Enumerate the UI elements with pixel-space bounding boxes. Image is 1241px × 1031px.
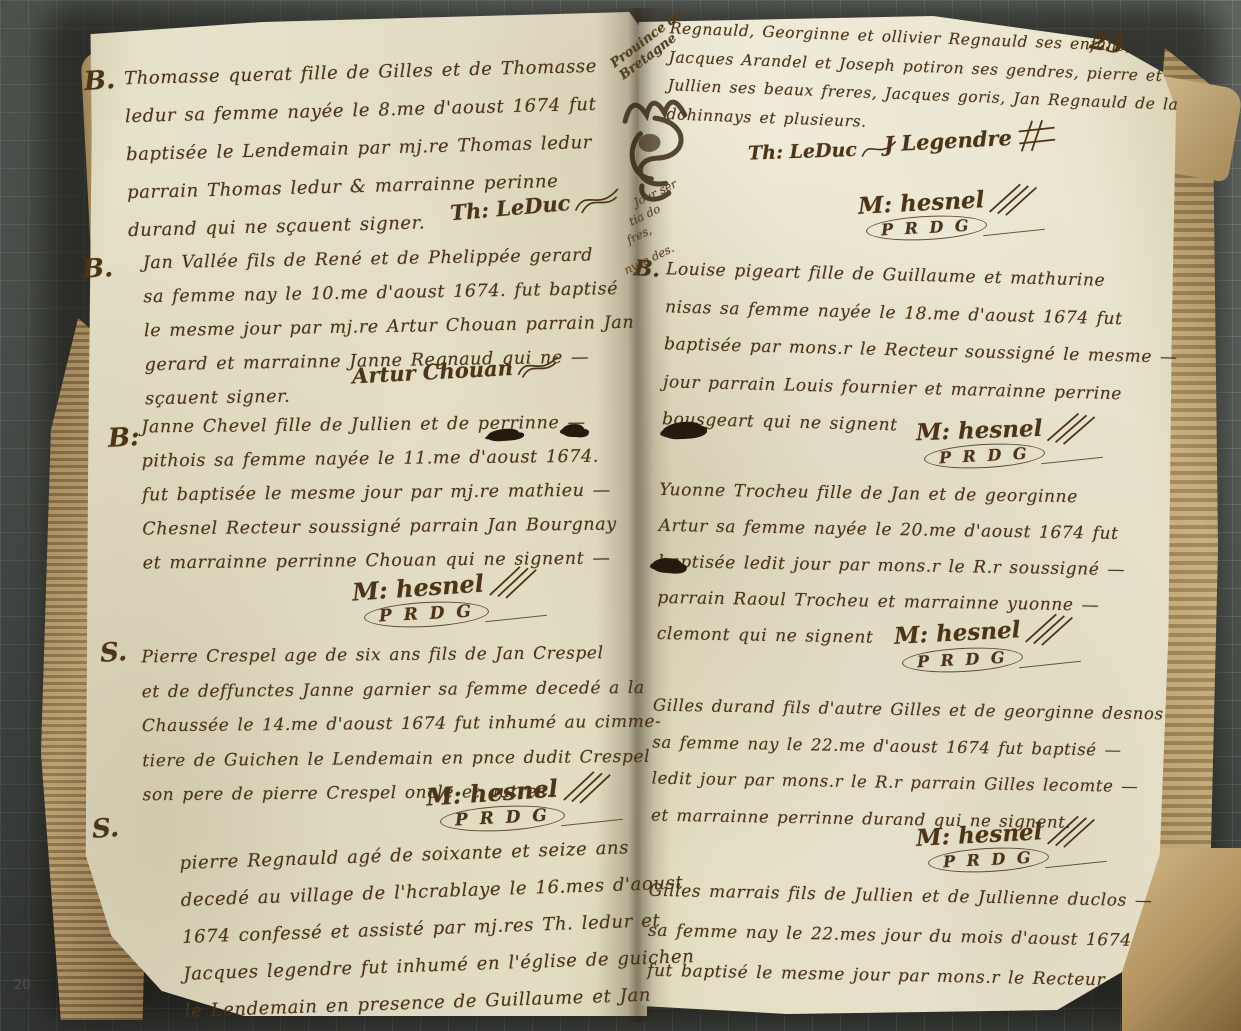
signature-flourish [572,183,622,217]
signature-title: P R D G [902,648,1081,672]
entry-line: Janne Chevel fille de Jullien et de perr… [141,406,616,445]
signature-underline [561,819,623,826]
signature-flourish [1014,117,1060,153]
signature-title: P R D G [440,806,623,831]
entry-margin-letter: B. [83,65,116,97]
entry-margin-letter: B. [81,253,114,285]
signature-name: M: hesnel [893,616,1021,650]
signature-flourish [1044,811,1102,848]
signature-title: P R D G [364,602,547,627]
signature-name: M: hesnel [857,186,985,220]
entry-margin-letter: S. [91,813,120,845]
signature-flourish [1022,609,1080,646]
entry-line: fut baptisée le mesme jour par mj.re mat… [142,474,617,513]
signature-name: J Legendre [883,124,1012,156]
signature-name: M: hesnel [915,818,1043,852]
signature-underline [1019,661,1081,668]
register-entry: Gilles marrais fils de Jullien et de Jul… [647,871,1153,1002]
entry-line: pithois sa femme nayée le 11.me d'aoust … [141,440,616,479]
register-entry: Jan Vallée fils de René et de Phelippée … [143,238,636,417]
entry-margin-letter: S. [99,637,128,669]
entry-line: Chesnel Recteur soussigné parrain Jan Bo… [142,508,617,547]
signature-underline [983,229,1045,236]
signature-name: Th: LeDuc [748,139,858,165]
register-entry: Janne Chevel fille de Jullien et de perr… [141,406,617,581]
entry-line: et de deffunctes Janne garnier sa femme … [142,670,662,709]
signature-title: P R D G [928,848,1107,872]
signature-name: M: hesnel [351,568,485,606]
signature-flourish [560,766,618,804]
signature-underline [1045,861,1107,868]
entry-margin-letter: B. [633,255,661,283]
signature-flourish [986,179,1044,216]
signature-flourish [486,561,544,599]
signature-name: M: hesnel [916,414,1043,445]
signature-title: P R D G [924,444,1103,468]
entry-line: Pierre Crespel age de six ans fils de Ja… [141,636,661,675]
manuscript-photo: 20 19 18 B. Thomasse querat fille de Gil… [0,0,1241,1031]
signature-flourish [515,351,560,381]
signature-underline [485,615,547,622]
signature-underline [1041,457,1103,464]
signature-title: P R D G [866,216,1045,240]
entry-margin-letter: B: [107,422,140,454]
signature: Th: LeDuc [748,135,899,166]
signature-flourish [1045,409,1102,445]
register-entry: pierre Regnauld agé de soixante et seize… [179,827,696,1030]
entry-line: Chaussée le 14.me d'aoust 1674 fut inhum… [142,705,662,744]
